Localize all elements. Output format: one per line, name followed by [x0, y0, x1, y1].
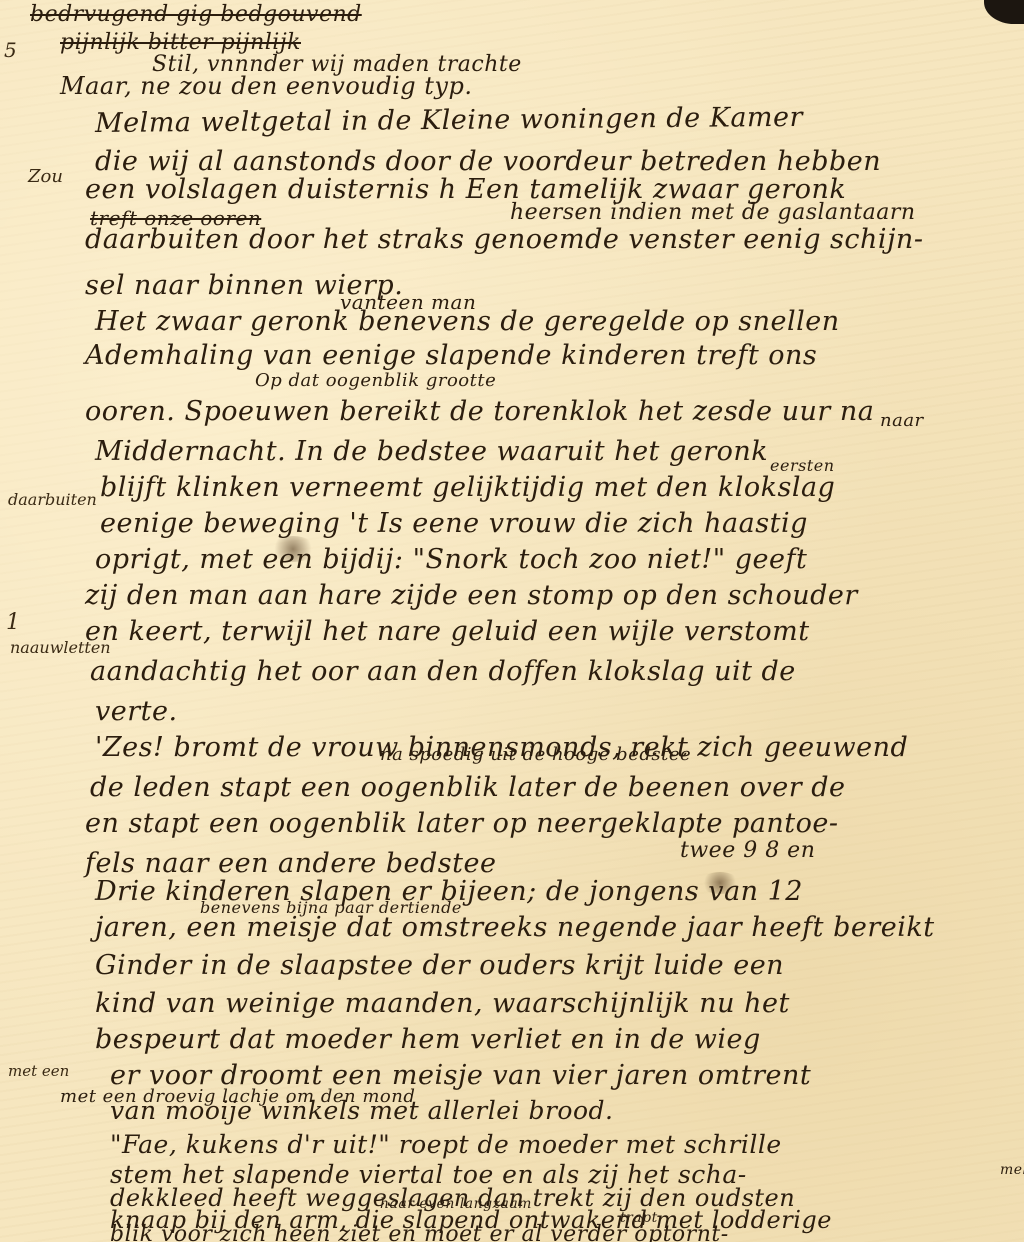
margin-number-1: 1 [6, 610, 20, 635]
manuscript-line: na spoedig uit de hooge bedstee [380, 744, 691, 765]
manuscript-line: aandachtig het oor aan den doffen kloksl… [90, 656, 796, 687]
manuscript-line: Ginder in de slaapstee der ouders krijt … [95, 950, 784, 981]
manuscript-line: oprigt, met een bijdij: "Snork toch zoo … [95, 544, 807, 575]
margin-note-zou: Zou [28, 166, 63, 187]
manuscript-line: eenige beweging 't Is eene vrouw die zic… [100, 508, 808, 539]
manuscript-line: mele [1000, 1162, 1024, 1178]
manuscript-line: ooren. Spoeuwen bereikt de torenklok het… [85, 396, 874, 427]
manuscript-line: en stapt een oogenblik later op neergekl… [85, 808, 839, 839]
manuscript-line: Melma weltgetal in de Kleine woningen de… [95, 102, 803, 139]
manuscript-line: daarbuiten door het straks genoemde vens… [85, 224, 923, 255]
manuscript-line: de leden stapt een oogenblik later de be… [90, 772, 846, 803]
margin-note-met-een: met een [8, 1062, 69, 1080]
manuscript-line: Op dat oogenblik grootte [255, 370, 496, 391]
manuscript-line: die wij al aanstonds door de voordeur be… [95, 146, 881, 177]
manuscript-line: zij den man aan hare zijde een stomp op … [85, 580, 858, 611]
manuscript-line: en keert, terwijl het nare geluid een wi… [85, 616, 810, 647]
manuscript-line: "Fae, kukens d'r uit!" roept de moeder m… [110, 1130, 782, 1159]
manuscript-line: bedrvugend gig bedgouvend [30, 2, 362, 27]
manuscript-line: fels naar een andere bedstee [85, 848, 496, 879]
manuscript-line: naar [880, 410, 924, 431]
manuscript-line: jaren, een meisje dat omstreeks negende … [95, 912, 935, 943]
manuscript-line: Maar, ne zou den eenvoudig typ. [60, 72, 472, 100]
manuscript-line: Het zwaar geronk benevens de geregelde o… [95, 306, 840, 337]
manuscript-line: bespeurt dat moeder hem verliet en in de… [95, 1024, 761, 1055]
manuscript-line: twee 9 8 en [680, 838, 815, 863]
manuscript-line: kind van weinige maanden, waarschijnlijk… [95, 988, 790, 1019]
manuscript-line: van mooije winkels met allerlei brood. [110, 1096, 613, 1125]
manuscript-line: Ademhaling van eenige slapende kinderen … [85, 340, 817, 371]
page-corner-shadow [984, 0, 1024, 24]
margin-number-5: 5 [4, 38, 17, 62]
manuscript-line: heersen indien met de gaslantaarn [510, 200, 916, 225]
manuscript-line: Middernacht. In de bedstee waaruit het g… [95, 436, 768, 467]
manuscript-line: verte. [95, 696, 178, 727]
manuscript-line: blijft klinken verneemt gelijktijdig met… [100, 472, 835, 503]
margin-note-daarbuiten: daarbuiten [8, 490, 97, 509]
manuscript-line: blik voor zich heen ziet en moet er al v… [110, 1222, 729, 1242]
